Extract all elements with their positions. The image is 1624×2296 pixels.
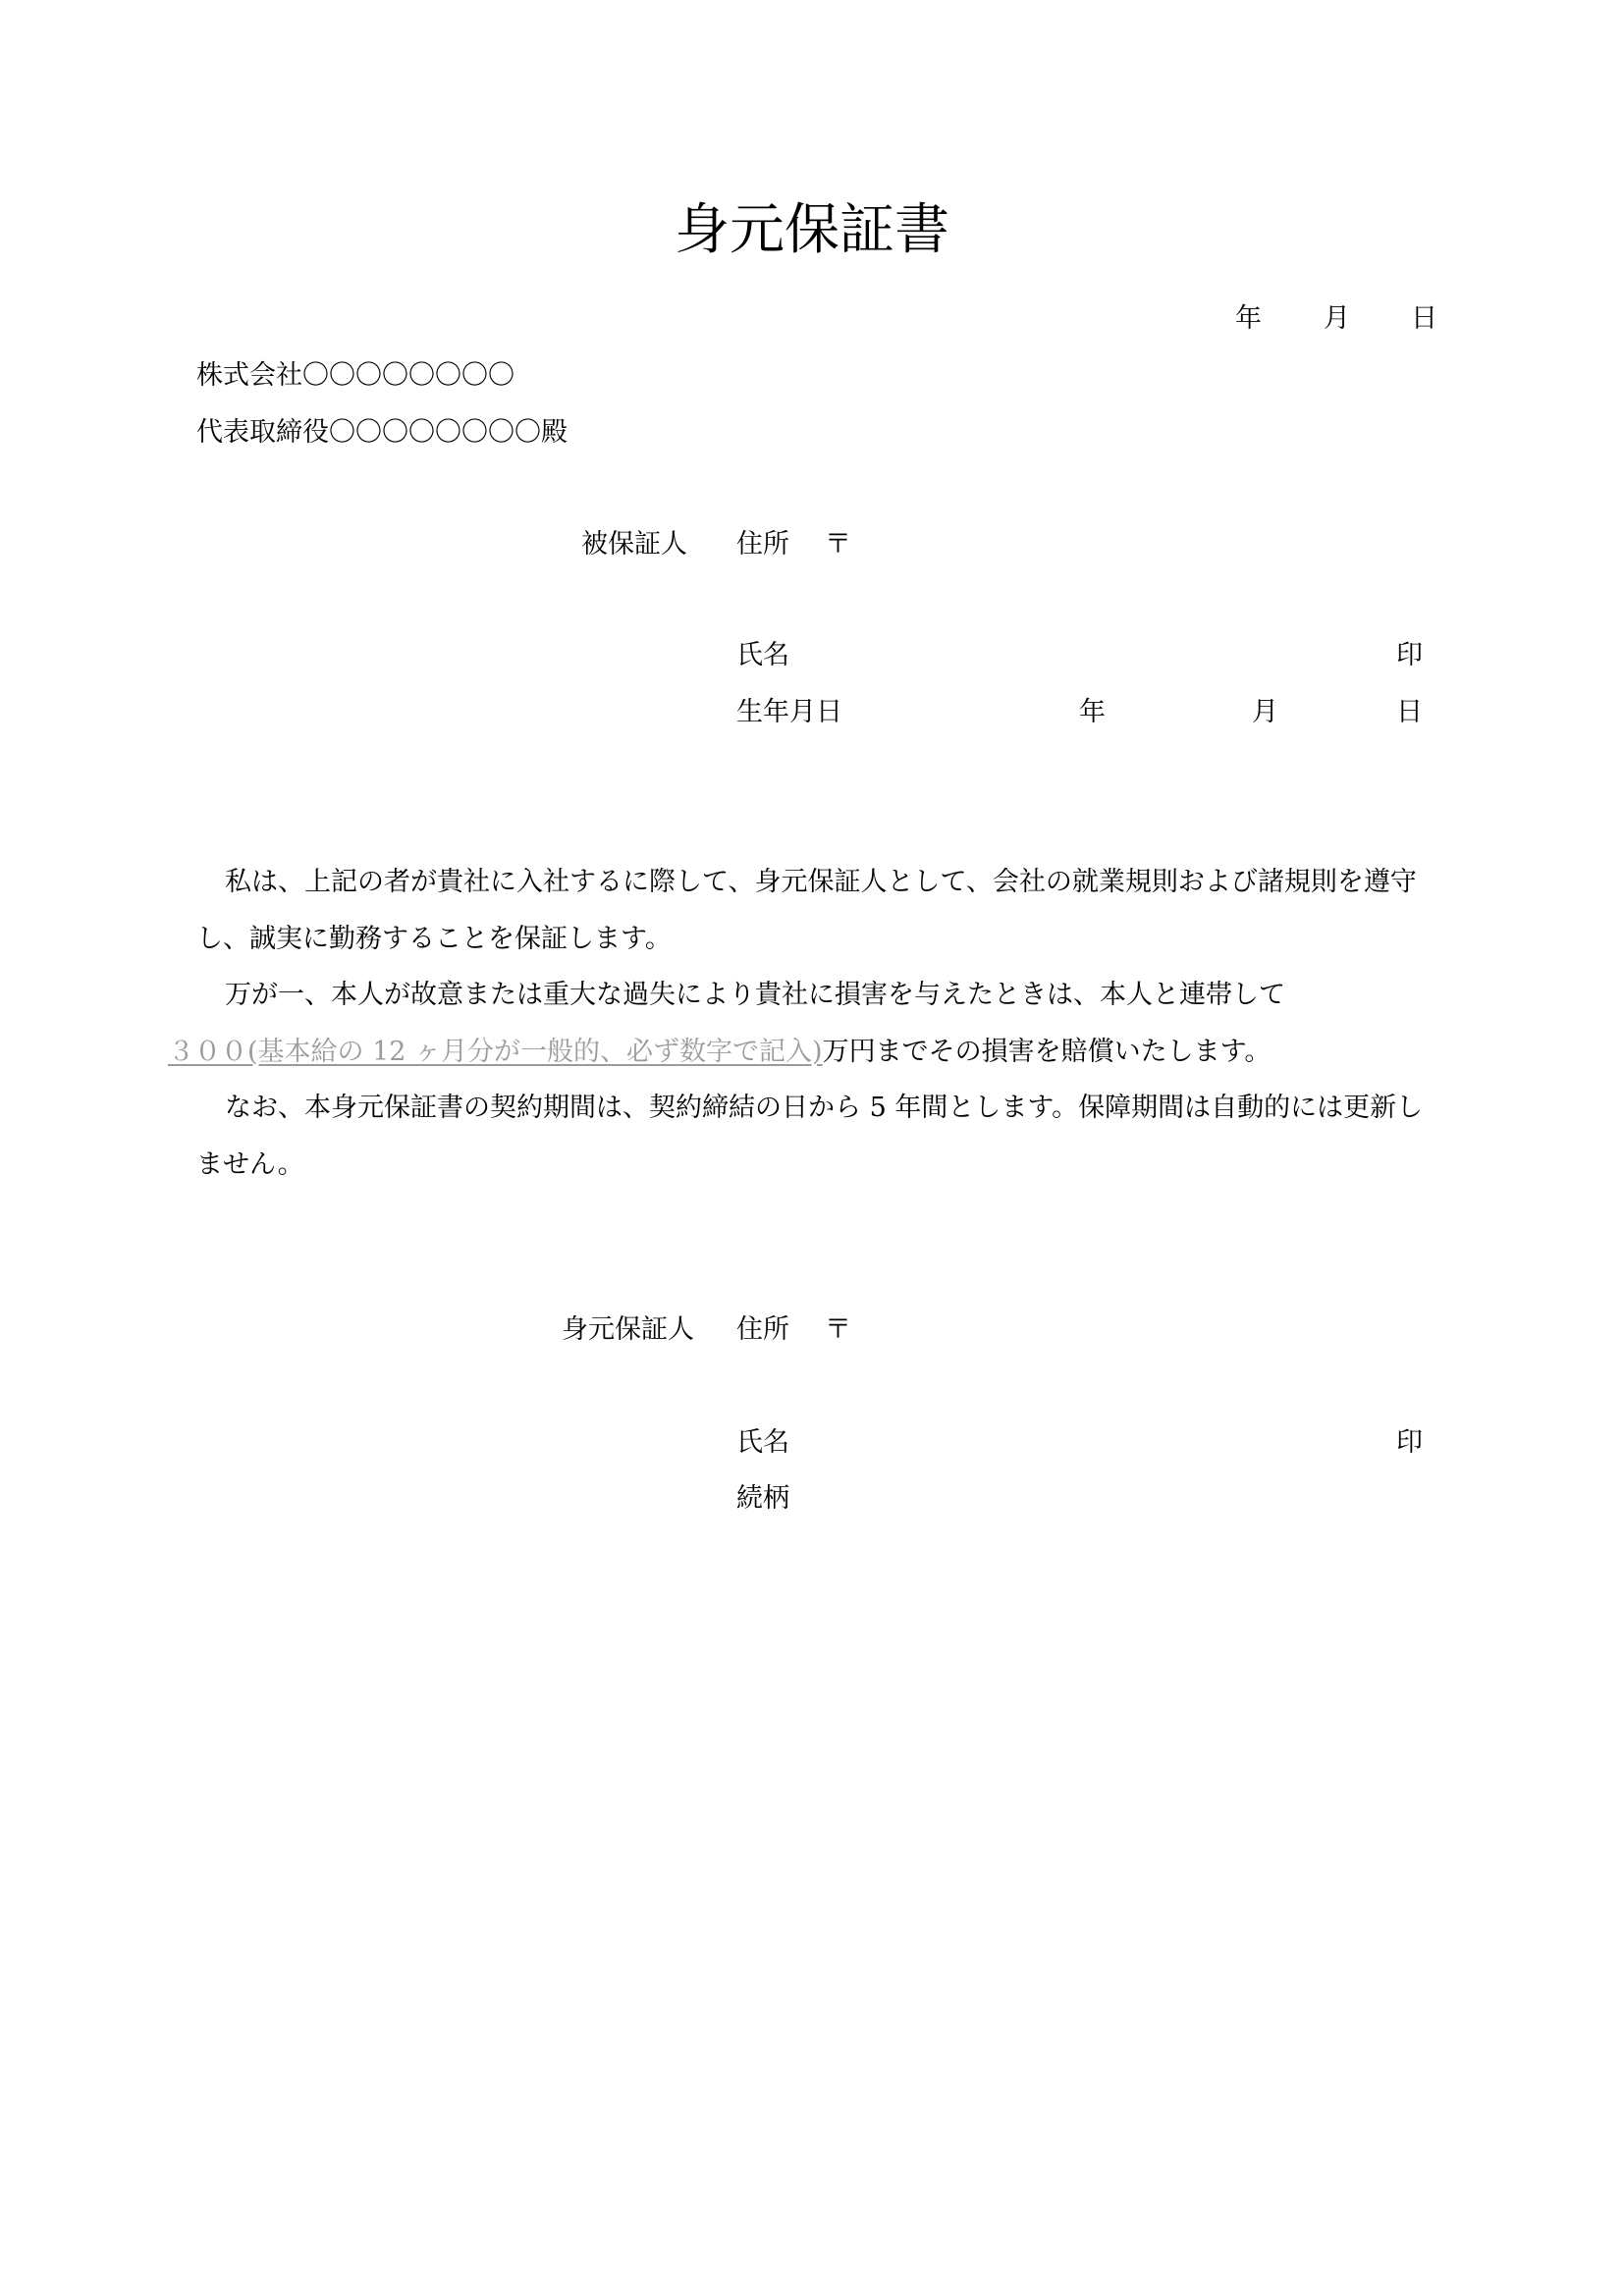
date-day-label: 日: [1411, 303, 1437, 335]
birth-year-label: 年: [1079, 697, 1106, 728]
address-label: 住所: [736, 529, 789, 561]
date-month-label: 月: [1324, 303, 1350, 335]
body-text: 私は、上記の者が貴社に入社するに際して、身元保証人として、会社の就業規則および諸…: [196, 854, 1443, 1193]
addressee-company: 株式会社〇〇〇〇〇〇〇〇: [196, 360, 514, 392]
paragraph-term: なお、本身元保証書の契約期間は、契約締結の日から 5 年間とします。保障期間は自…: [196, 1080, 1443, 1193]
birthdate-label: 生年月日: [736, 697, 842, 728]
paragraph-liability: 万が一、本人が故意または重大な過失により貴社に損害を与えたときは、本人と連帯して…: [196, 967, 1443, 1080]
guaranteed-person-label: 被保証人: [581, 529, 687, 561]
birth-month-label: 月: [1252, 697, 1278, 728]
date-year-label: 年: [1235, 303, 1262, 335]
birth-day-label: 日: [1396, 697, 1423, 728]
liability-text-after: 万円までその損害を賠償いたします。: [823, 1037, 1272, 1067]
amount-placeholder: ３００(基本給の 12 ヶ月分が一般的、必ず数字で記入): [168, 1037, 823, 1067]
relationship-label: 続柄: [736, 1483, 789, 1515]
paragraph-compliance: 私は、上記の者が貴社に入社するに際して、身元保証人として、会社の就業規則および諸…: [196, 854, 1443, 967]
guarantor-name-label: 氏名: [736, 1427, 789, 1459]
postal-mark: 〒: [825, 529, 851, 561]
addressee-representative: 代表取締役〇〇〇〇〇〇〇〇殿: [196, 417, 568, 449]
liability-text-before: 万が一、本人が故意または重大な過失により貴社に損害を与えたときは、本人と連帯して: [225, 980, 1285, 1010]
guarantor-address-label: 住所: [736, 1314, 789, 1346]
name-label: 氏名: [736, 640, 789, 671]
guarantor-seal-label: 印: [1396, 1427, 1423, 1459]
seal-label: 印: [1396, 640, 1423, 671]
guarantor-label: 身元保証人: [562, 1314, 694, 1346]
document-title: 身元保証書: [0, 196, 1624, 265]
guarantor-postal-mark: 〒: [825, 1314, 851, 1346]
